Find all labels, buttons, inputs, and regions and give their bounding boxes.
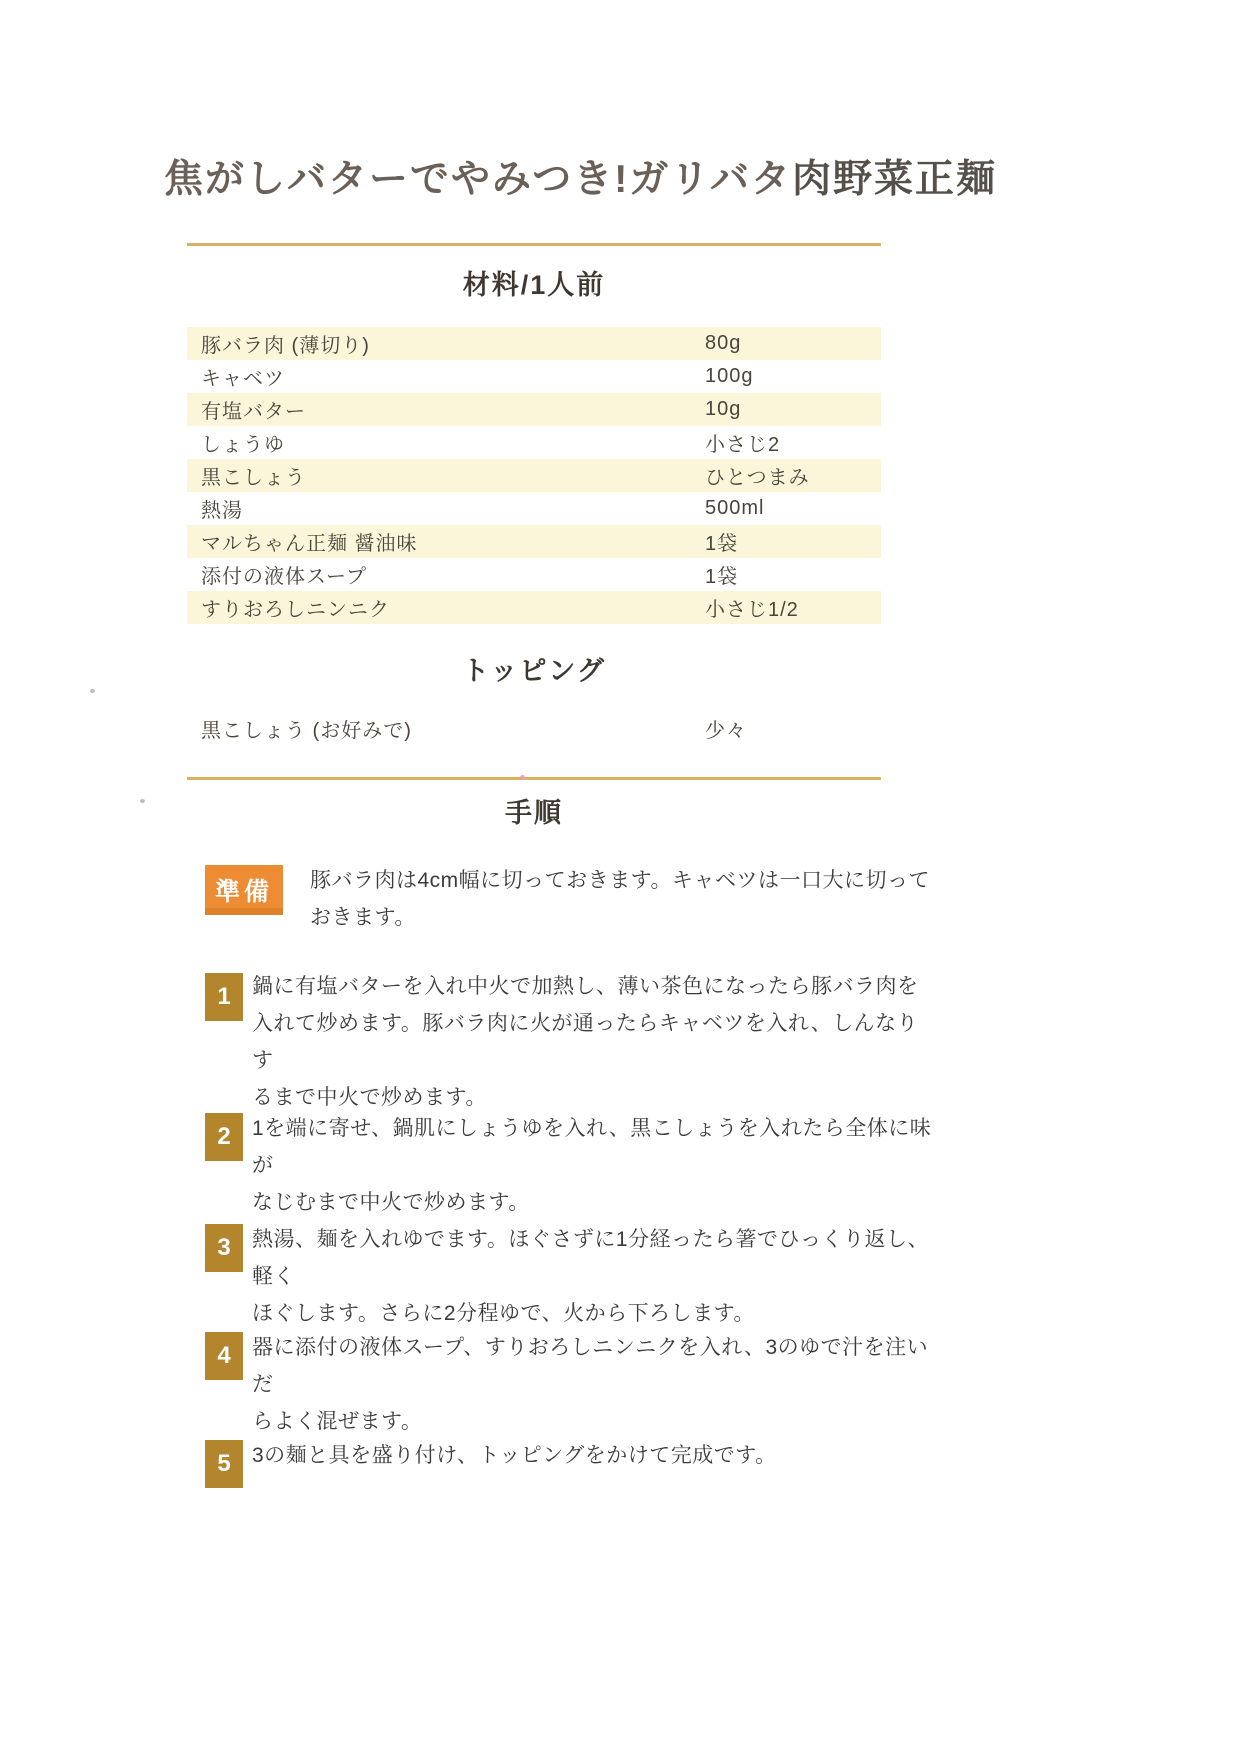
topping-table: 黒こしょう (お好みで) 少々 [187, 712, 881, 745]
ingredient-row: キャベツ 100g [187, 360, 881, 393]
scan-artifact-dot [140, 799, 145, 803]
ingredients-heading: 材料/1人前 [187, 269, 881, 301]
ingredient-row: 黒こしょう ひとつまみ [187, 459, 881, 492]
ingredient-row: すりおろしニンニク 小さじ1/2 [187, 591, 881, 624]
scan-artifact-dot [520, 775, 525, 780]
topping-row: 黒こしょう (お好みで) 少々 [187, 712, 881, 745]
step-text: 器に添付の液体スープ、すりおろしニンニクを入れ、3のゆで汁を注いだ らよく混ぜま… [252, 1329, 932, 1440]
prep-text: 豚バラ肉は4cm幅に切っておきます。キャベツは一口大に切って おきます。 [310, 862, 950, 936]
ingredient-amount: ひとつまみ [705, 461, 881, 490]
ingredient-row: 豚バラ肉 (薄切り) 80g [187, 327, 881, 360]
ingredient-amount: 1袋 [705, 560, 881, 589]
step-text: 熱湯、麺を入れゆでます。ほぐさずに1分経ったら箸でひっくり返し、軽く ほぐします… [252, 1221, 932, 1332]
step-number-badge: 3 [205, 1224, 243, 1272]
ingredient-name: 添付の液体スープ [201, 560, 705, 589]
ingredient-amount: 小さじ1/2 [705, 593, 881, 622]
ingredient-row: 熱湯 500ml [187, 492, 881, 525]
recipe-page: 焦がしバターでやみつき!ガリバタ肉野菜正麺 材料/1人前 豚バラ肉 (薄切り) … [0, 0, 1240, 1750]
ingredients-table: 豚バラ肉 (薄切り) 80g キャベツ 100g 有塩バター 10g しょうゆ … [187, 327, 881, 624]
ingredient-name: しょうゆ [201, 428, 705, 457]
topping-heading: トッピング [187, 655, 881, 687]
step-text: 1を端に寄せ、鍋肌にしょうゆを入れ、黒こしょうを入れたら全体に味が なじむまで中… [252, 1110, 932, 1221]
ingredient-row: 有塩バター 10g [187, 393, 881, 426]
topping-name: 黒こしょう (お好みで) [201, 714, 705, 743]
page-title-part2: 肉野菜正麺 [792, 158, 997, 201]
ingredient-name: 豚バラ肉 (薄切り) [201, 329, 705, 358]
step-number-badge: 5 [205, 1440, 243, 1488]
steps-heading: 手順 [187, 797, 881, 829]
ingredient-amount: 80g [705, 332, 881, 355]
ingredient-row: マルちゃん正麺 醤油味 1袋 [187, 525, 881, 558]
scan-artifact-dot [90, 689, 95, 693]
section-divider-bottom [187, 777, 881, 780]
step-number-badge: 2 [205, 1113, 243, 1161]
ingredient-amount: 小さじ2 [705, 428, 881, 457]
ingredient-name: キャベツ [201, 362, 705, 391]
ingredient-name: マルちゃん正麺 醤油味 [201, 527, 705, 556]
ingredient-amount: 500ml [705, 497, 881, 520]
page-title-part1: 焦がしバターでやみつき!ガリバタ [164, 158, 792, 201]
page-title: 焦がしバターでやみつき!ガリバタ肉野菜正麺 [164, 155, 997, 205]
step-text: 3の麺と具を盛り付け、トッピングをかけて完成です。 [252, 1437, 932, 1474]
ingredient-amount: 100g [705, 365, 881, 388]
step-text: 鍋に有塩バターを入れ中火で加熱し、薄い茶色になったら豚バラ肉を 入れて炒めます。… [252, 968, 932, 1116]
ingredient-row: しょうゆ 小さじ2 [187, 426, 881, 459]
ingredient-name: すりおろしニンニク [201, 593, 705, 622]
step-number-badge: 4 [205, 1332, 243, 1380]
section-divider-top [187, 243, 881, 246]
ingredient-name: 熱湯 [201, 494, 705, 523]
topping-amount: 少々 [705, 714, 881, 743]
ingredient-amount: 1袋 [705, 527, 881, 556]
ingredient-name: 黒こしょう [201, 461, 705, 490]
prep-badge: 準備 [205, 865, 283, 915]
ingredient-amount: 10g [705, 398, 881, 421]
ingredient-name: 有塩バター [201, 395, 705, 424]
step-number-badge: 1 [205, 973, 243, 1021]
ingredient-row: 添付の液体スープ 1袋 [187, 558, 881, 591]
